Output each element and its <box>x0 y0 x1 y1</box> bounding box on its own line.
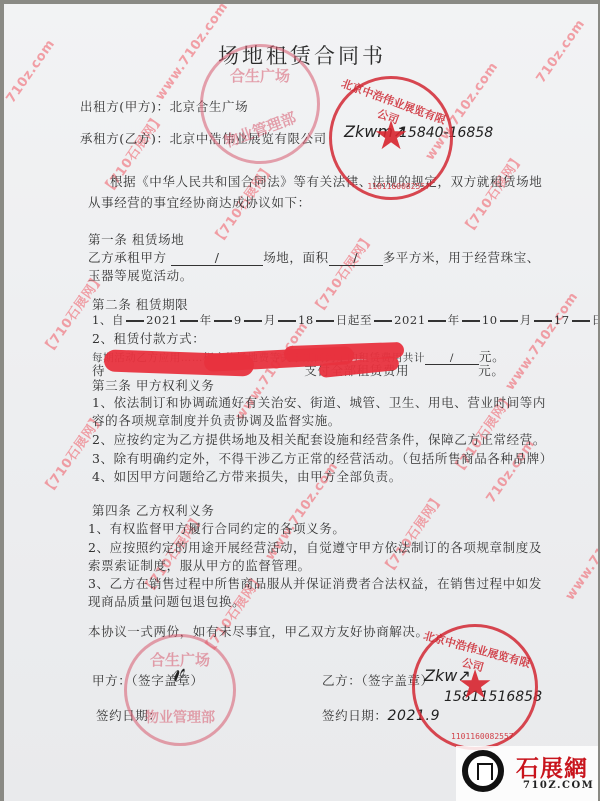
article-4-item: 现商品质量问题包退包换。 <box>88 592 245 610</box>
article-1-line-2: 玉器等展览活动。 <box>88 266 193 284</box>
contract-paper: 710z.com www.710z.com www.710z.com 710z.… <box>4 4 598 801</box>
watermark: www.710z.com <box>563 500 598 604</box>
watermark: 【710石展网】 <box>377 489 448 579</box>
lessor-seal-bottom: 合生广场 物业管理部 <box>124 634 236 746</box>
unit: 年 <box>448 313 460 327</box>
area-blank: / <box>329 250 383 266</box>
logo-emblem-icon <box>462 750 504 792</box>
unit: 日起至 <box>336 313 372 327</box>
term-prefix: 1、自 <box>92 313 124 327</box>
lessee-label: 承租方(乙方)： <box>80 131 170 146</box>
watermark: 710z.com <box>534 17 589 86</box>
venue-blank: / <box>171 250 263 266</box>
watermark: 【710石展网】 <box>307 229 378 319</box>
end-month: 10 <box>482 313 498 327</box>
closing-statement: 本协议一式两份，如有未尽事宜，甲乙双方友好协商解决。 <box>88 622 429 640</box>
watermark: www.710z.com <box>503 290 582 394</box>
article-3-heading: 第三条 甲方权利义务 <box>92 376 214 394</box>
start-month: 9 <box>234 313 242 327</box>
article-3-item: 4、如因甲方问题给乙方带来损失，由甲方全部负责。 <box>92 467 402 485</box>
article-3-item: 1、依法制订和协调疏通好有关治安、街道、城管、卫生、用电、营业时间等内 <box>92 393 546 411</box>
site-logo: 石展網 710Z.COM <box>456 746 598 801</box>
article-2-heading: 第二条 租赁期限 <box>92 295 188 313</box>
start-day: 18 <box>298 313 314 327</box>
payment-heading: 2、租赁付款方式： <box>92 329 205 347</box>
lease-term-line: 1、自2021年9月18日起至2021年10月17日止， <box>92 312 598 328</box>
article-1-mid: 场地，面积 <box>263 250 329 265</box>
seal-ring-text: 合生广场 <box>127 649 233 670</box>
lessee-seal-bottom: 北京中浩伟业展览有限公司 ★ 1101160082557 <box>412 624 538 750</box>
lessor-seal-top: 物业管理部 合生广场 <box>200 44 320 164</box>
seal-number: 1101160082557 <box>367 182 430 191</box>
currency-unit: 元。 <box>478 363 504 378</box>
unit: 年 <box>200 313 212 327</box>
star-icon: ★ <box>373 116 409 156</box>
intro-line-1: 根据《中华人民共和国合同法》等有关法律、法规的规定，双方就租赁场地 <box>110 172 542 190</box>
article-3-item: 2、应按约定为乙方提供场地及相关配套设施和经营条件，保障乙方正常经营。 <box>92 430 546 448</box>
article-4-heading: 第四条 乙方权利义务 <box>92 501 214 519</box>
intro-line-2: 从事经营的事宜经协商达成协议如下： <box>88 193 311 211</box>
watermark: 710z.com <box>4 37 58 106</box>
lessor-label: 出租方(甲方)： <box>80 99 170 114</box>
unit: 月 <box>264 313 276 327</box>
seal-inner-text: 物业管理部 <box>203 100 317 159</box>
seal-number: 1101160082557 <box>451 732 514 741</box>
article-1-suffix: 多平方米，用于经营珠宝、 <box>383 250 540 265</box>
unit: 月 <box>520 313 532 327</box>
article-1-line-1: 乙方承租甲方 /场地，面积/多平方米，用于经营珠宝、 <box>88 248 540 266</box>
logo-domain: 710Z.COM <box>523 780 594 791</box>
date-label-text: 签约日期： <box>322 708 388 723</box>
lessee-seal-top: 北京中浩伟业展览有限公司 ★ 1101160082557 <box>329 76 453 200</box>
article-3-item: 容的各项规章制度并负责协调及监督实施。 <box>92 411 341 429</box>
watermark: 【710石展网】 <box>457 149 528 239</box>
article-1-prefix: 乙方承租甲方 <box>88 250 167 265</box>
article-3-item: 3、除有明确约定外，不得干涉乙方正常的经营活动。（包括所售商品各种品牌） <box>92 449 553 467</box>
seal-ring-text: 合生广场 <box>203 65 317 86</box>
seal-inner-text: 物业管理部 <box>127 707 233 727</box>
article-4-item: 索票索证制度，服从甲方的监督管理。 <box>88 556 311 574</box>
article-4-item: 1、有权监督甲方履行合同约定的各项义务。 <box>88 519 345 537</box>
start-year: 2021 <box>146 313 178 327</box>
article-1-heading: 第一条 租赁场地 <box>88 230 184 248</box>
article-4-item: 2、应按照约定的用途开展经营活动，自觉遵守甲方依法制订的各项规章制度及 <box>88 538 542 556</box>
end-day: 17 <box>554 313 570 327</box>
end-year: 2021 <box>394 313 426 327</box>
article-4-item: 3、乙方在销售过程中所售商品服从并保证消费者合法权益，在销售过程中如发 <box>88 574 542 592</box>
logo-name: 石展網 <box>516 750 588 783</box>
star-icon: ★ <box>457 665 493 705</box>
unit: 日止， <box>592 313 598 327</box>
